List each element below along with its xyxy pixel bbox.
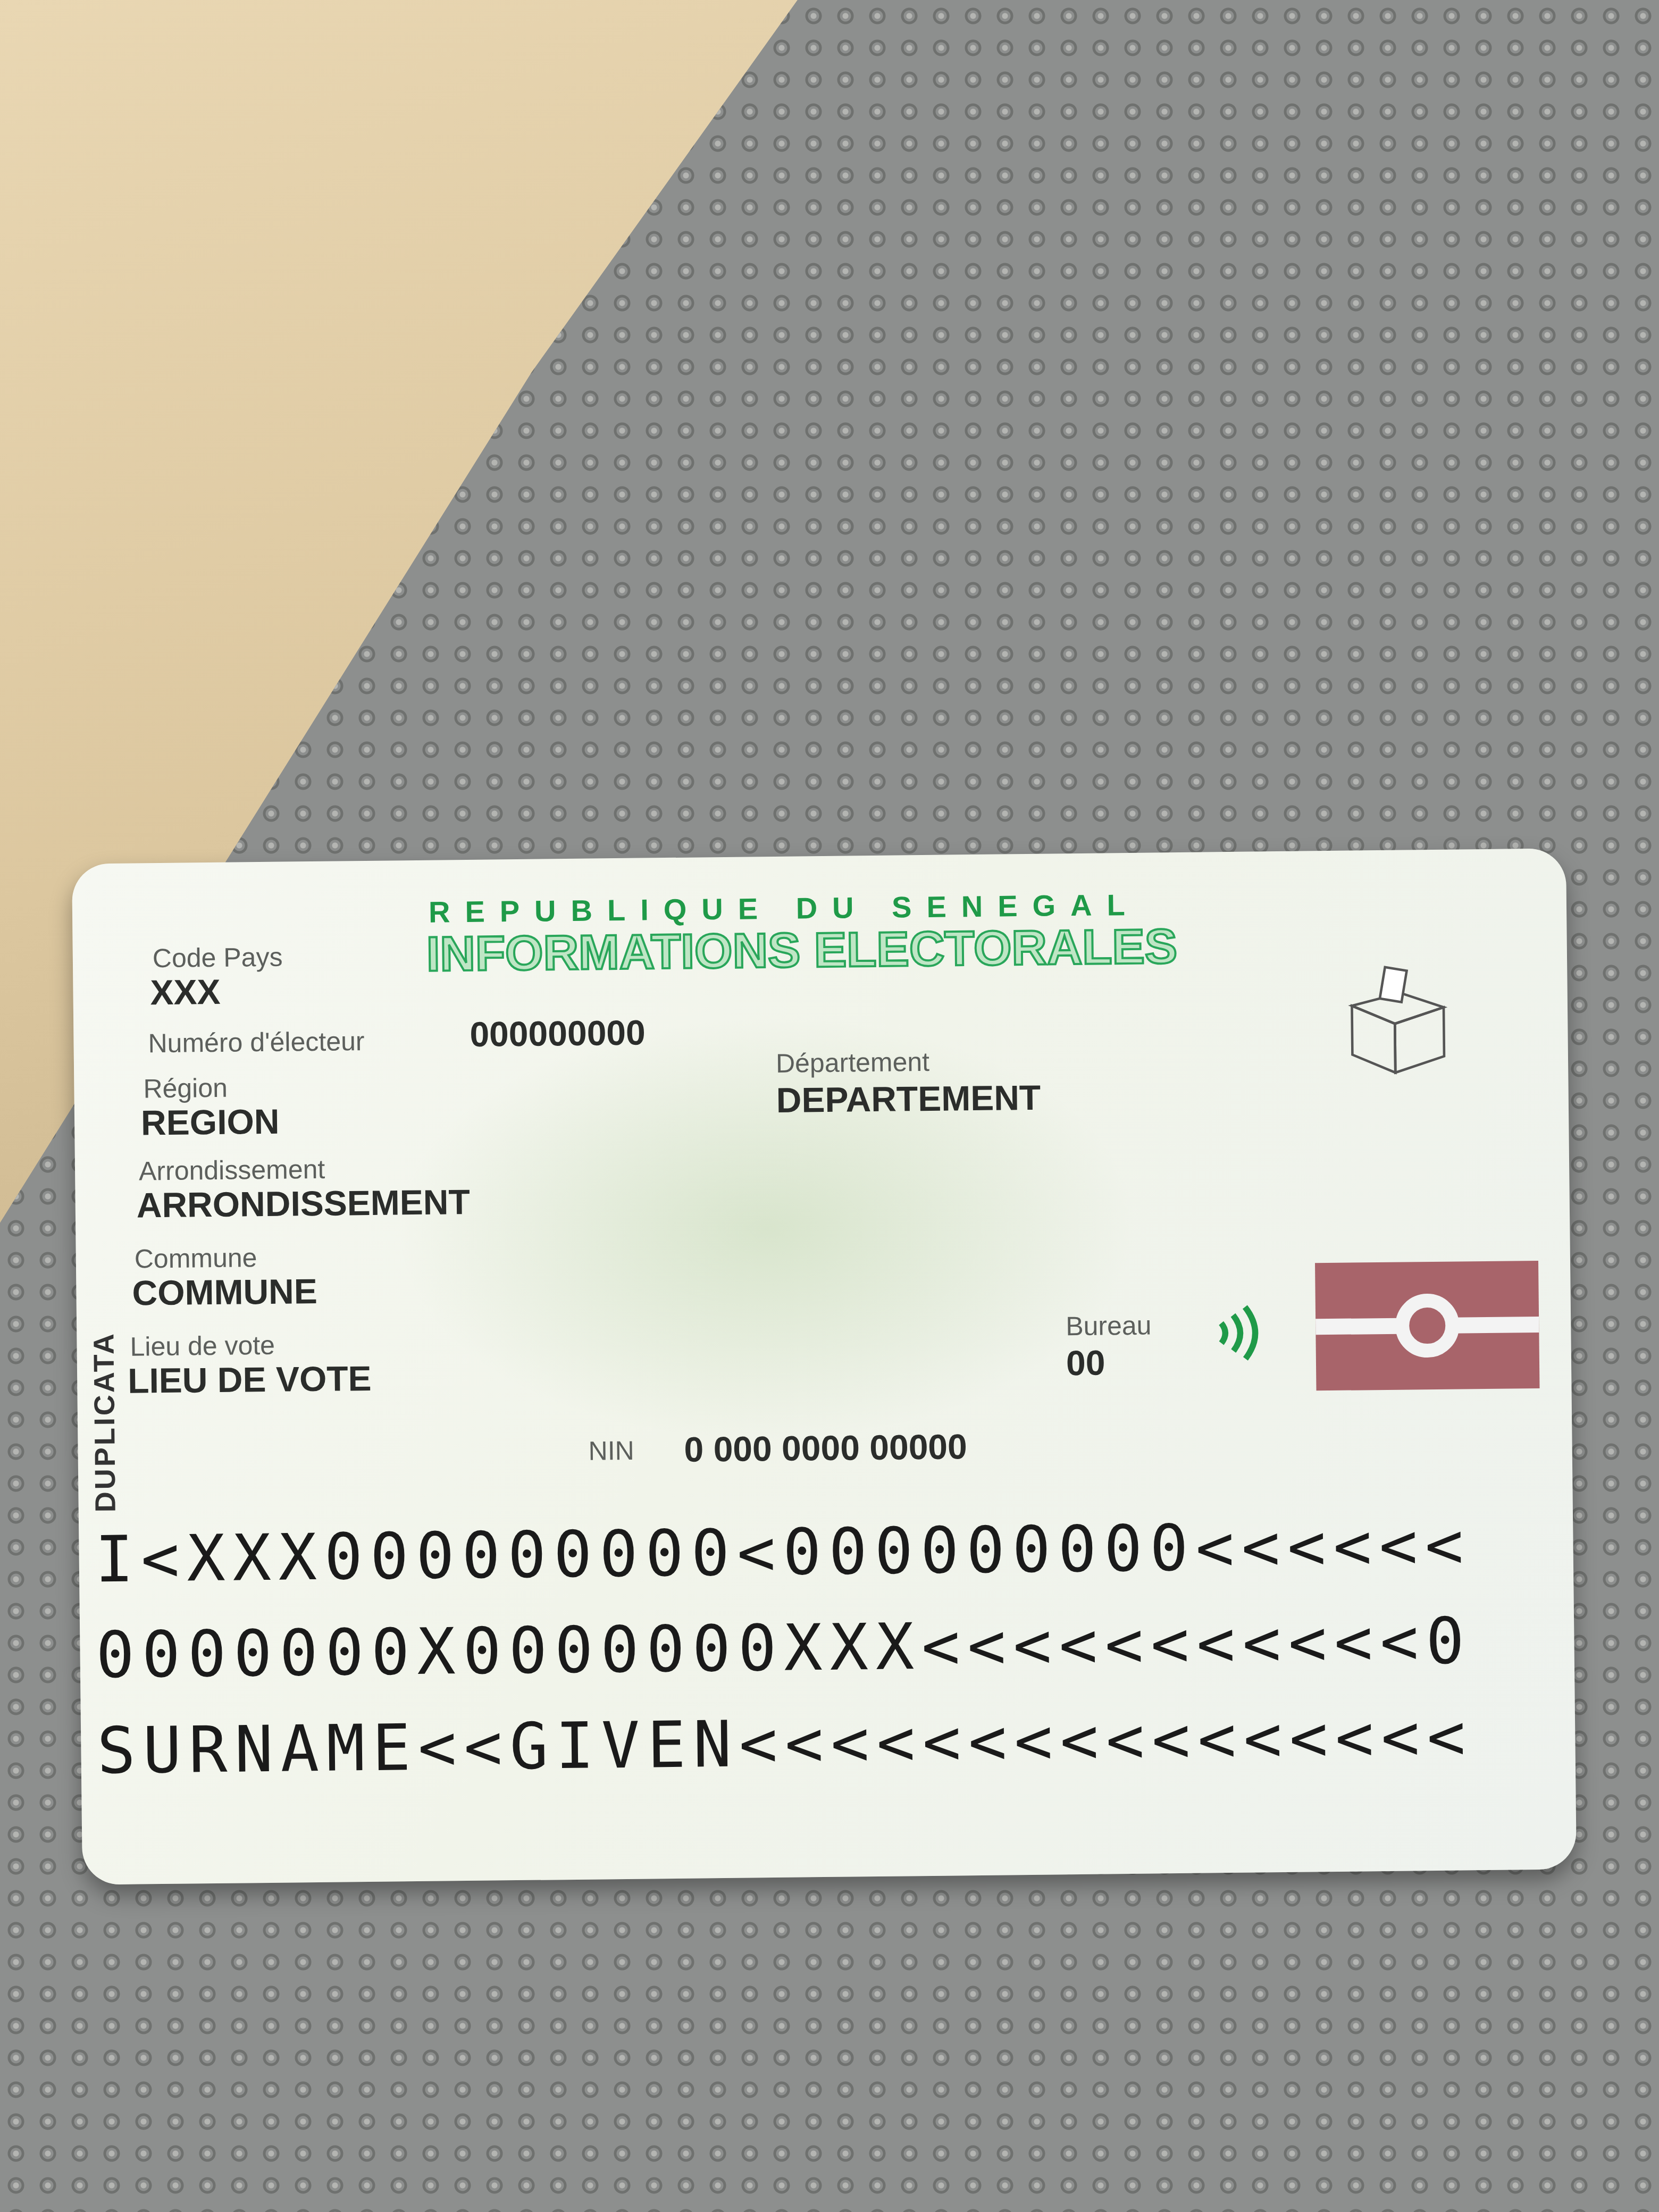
label-arrondissement: Arrondissement [139,1154,325,1187]
value-code-pays: XXX [150,971,221,1012]
ballot-box-icon [1333,956,1456,1079]
contactless-icon [1209,1293,1274,1373]
label-departement: Département [776,1046,930,1079]
value-departement: DEPARTEMENT [776,1077,1041,1120]
flag-chip-ring [1395,1293,1460,1358]
mrz-line-3: SURNAME<<GIVEN<<<<<<<<<<<<<<<< [97,1700,1473,1788]
flag-chip-emblem [1315,1261,1539,1390]
label-code-pays: Code Pays [153,942,283,974]
value-lieu-de-vote: LIEU DE VOTE [128,1358,372,1401]
label-nin: NIN [588,1435,634,1467]
label-bureau: Bureau [1066,1310,1152,1342]
label-region: Région [143,1073,228,1104]
value-nin: 0 000 0000 00000 [684,1426,967,1470]
voter-card: REPUBLIQUE DU SENEGAL INFORMATIONS ELECT… [72,848,1577,1884]
label-commune: Commune [135,1242,257,1274]
mrz-line-1: I<XXX000000000<000000000<<<<<< [95,1509,1471,1597]
label-lieu-de-vote: Lieu de vote [130,1330,275,1362]
value-bureau: 00 [1066,1342,1105,1383]
duplicata-label: DUPLICATA [87,1331,122,1513]
value-numero-electeur: 000000000 [470,1012,646,1054]
value-commune: COMMUNE [132,1271,317,1313]
label-numero-electeur: Numéro d'électeur [148,1026,365,1059]
mrz-line-2: 0000000X0000000XXX<<<<<<<<<<<0 [96,1604,1472,1692]
card-header-title: INFORMATIONS ELECTORALES [426,919,1177,983]
value-arrondissement: ARRONDISSEMENT [136,1182,470,1226]
value-region: REGION [141,1101,280,1143]
